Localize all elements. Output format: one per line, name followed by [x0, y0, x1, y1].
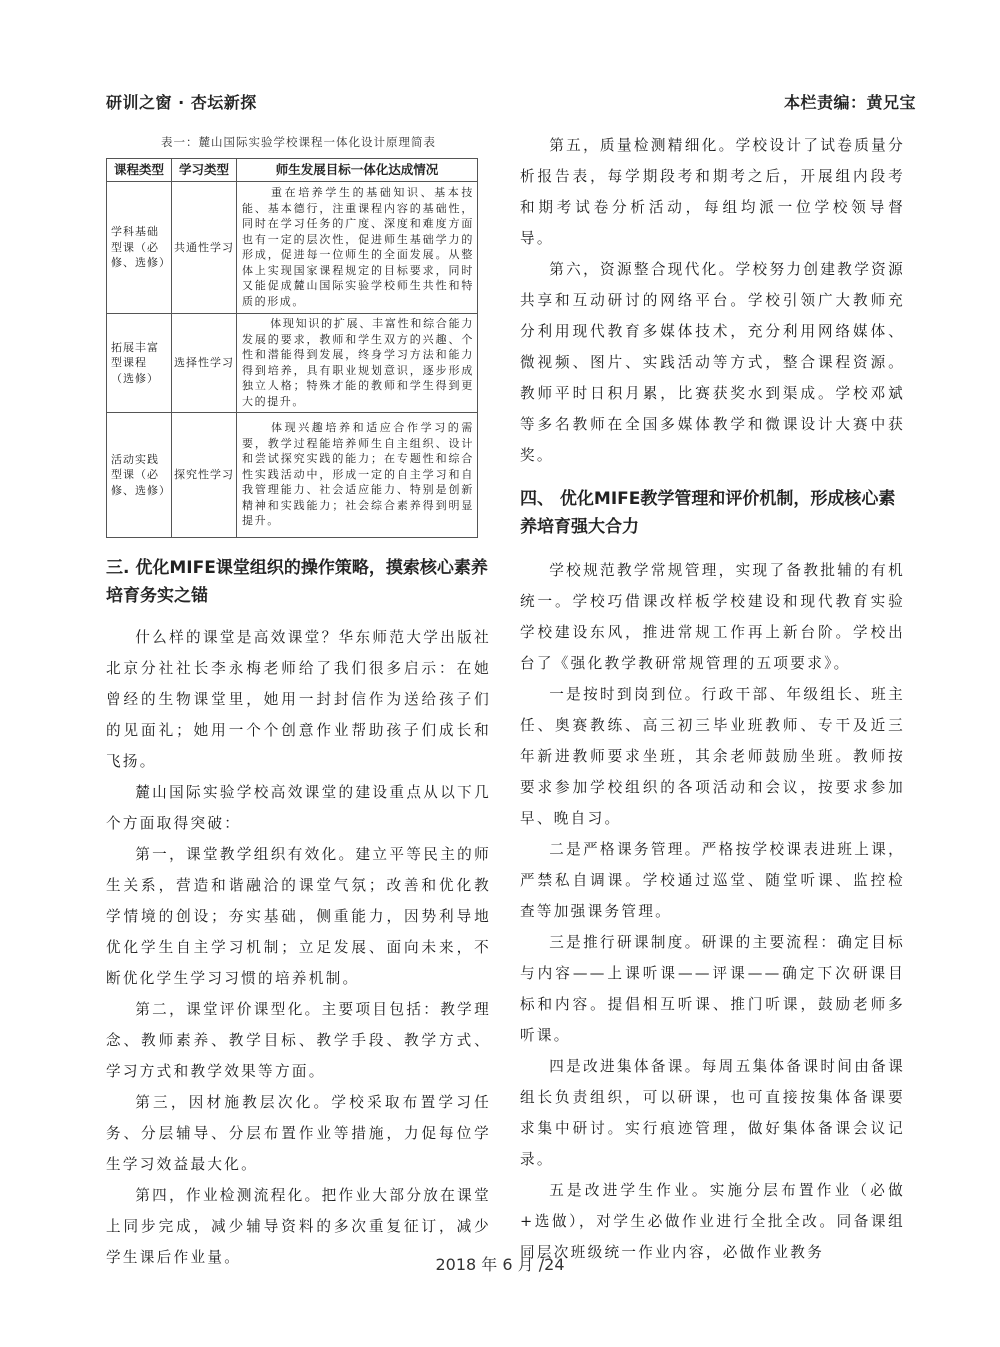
paragraph: 第六，资源整合现代化。学校努力创建教学资源共享和互动研讨的网络平台。学校引领广大… [520, 254, 905, 471]
goal-text: 体现兴趣培养和适应合作学习的需要，教学过程能培养师生自主组织、设计和尝试探究实践… [242, 421, 474, 527]
right-column: 第五，质量检测精细化。学校设计了试卷质量分析报告表，每学期段考和期考之后，开展组… [520, 130, 905, 1268]
table-row: 拓展丰富型课程（选修） 选择性学习 体现知识的扩展、丰富性和综合能力发展的要求，… [107, 314, 478, 413]
section-4-heading: 四、 优化MIFE教学管理和评价机制，形成核心素养培育强大合力 [520, 485, 905, 541]
course-type-cell: 拓展丰富型课程（选修） [107, 314, 172, 413]
study-type-cell: 探究性学习 [172, 413, 237, 538]
study-type-cell: 选择性学习 [172, 314, 237, 413]
section-3-heading: 三. 优化MIFE课堂组织的操作策略，摸索核心素养培育务实之锚 [106, 554, 491, 610]
paragraph: 学校规范教学常规管理，实现了备教批辅的有机统一。学校巧借课改样板学校建设和现代教… [520, 555, 905, 679]
table-header-row: 课程类型 学习类型 师生发展目标一体化达成情况 [107, 159, 478, 182]
study-type-cell: 共通性学习 [172, 182, 237, 314]
course-type-cell: 学科基础型课（必修、选修） [107, 182, 172, 314]
paragraph: 四是改进集体备课。每周五集体备课时间由备课组长负责组织，可以研课，也可直接按集体… [520, 1051, 905, 1175]
editor-credit: 本栏责编：黄兄宝 [784, 90, 916, 113]
column-header: 研训之窗 · 杏坛新探 [106, 90, 257, 113]
goal-text: 重在培养学生的基础知识、基本技能、基本德行，注重课程内容的基础性，同时在学习任务… [242, 186, 474, 308]
paragraph: 三是推行研课制度。研课的主要流程：确定目标与内容——上课听课——评课——确定下次… [520, 927, 905, 1051]
left-column: 表一：麓山国际实验学校课程一体化设计原理简表 课程类型 学习类型 师生发展目标一… [106, 130, 491, 1273]
goal-cell: 体现兴趣培养和适应合作学习的需要，教学过程能培养师生自主组织、设计和尝试探究实践… [237, 413, 478, 538]
goal-cell: 体现知识的扩展、丰富性和综合能力发展的要求，教师和学生双方的兴趣、个性和潜能得到… [237, 314, 478, 413]
table-row: 活动实践型课（必修、选修） 探究性学习 体现兴趣培养和适应合作学习的需要，教学过… [107, 413, 478, 538]
course-design-table: 课程类型 学习类型 师生发展目标一体化达成情况 学科基础型课（必修、选修） 共通… [106, 158, 478, 538]
col-header-study-type: 学习类型 [172, 159, 237, 182]
paragraph: 第五，质量检测精细化。学校设计了试卷质量分析报告表，每学期段考和期考之后，开展组… [520, 130, 905, 254]
table-row: 学科基础型课（必修、选修） 共通性学习 重在培养学生的基础知识、基本技能、基本德… [107, 182, 478, 314]
paragraph: 什么样的课堂是高效课堂？华东师范大学出版社北京分社社长李永梅老师给了我们很多启示… [106, 622, 491, 777]
table-caption: 表一：麓山国际实验学校课程一体化设计原理简表 [106, 134, 491, 150]
paragraph: 第一，课堂教学组织有效化。建立平等民主的师生关系，营造和谐融洽的课堂气氛；改善和… [106, 839, 491, 994]
paragraph: 第三，因材施教层次化。学校采取布置学习任务、分层辅导、分层布置作业等措施，力促每… [106, 1087, 491, 1180]
paragraph: 麓山国际实验学校高效课堂的建设重点从以下几个方面取得突破： [106, 777, 491, 839]
page-footer: 2018 年 6 月 /24 [0, 1252, 1000, 1275]
col-header-goal: 师生发展目标一体化达成情况 [237, 159, 478, 182]
paragraph: 二是严格课务管理。严格按学校课表进班上课，严禁私自调课。学校通过巡堂、随堂听课、… [520, 834, 905, 927]
goal-text: 体现知识的扩展、丰富性和综合能力发展的要求，教师和学生双方的兴趣、个性和潜能得到… [242, 317, 474, 408]
course-type-cell: 活动实践型课（必修、选修） [107, 413, 172, 538]
paragraph: 第二，课堂评价课型化。主要项目包括：教学理念、教师素养、教学目标、教学手段、教学… [106, 994, 491, 1087]
paragraph: 一是按时到岗到位。行政干部、年级组长、班主任、奥赛教练、高三初三毕业班教师、专干… [520, 679, 905, 834]
col-header-course-type: 课程类型 [107, 159, 172, 182]
goal-cell: 重在培养学生的基础知识、基本技能、基本德行，注重课程内容的基础性，同时在学习任务… [237, 182, 478, 314]
